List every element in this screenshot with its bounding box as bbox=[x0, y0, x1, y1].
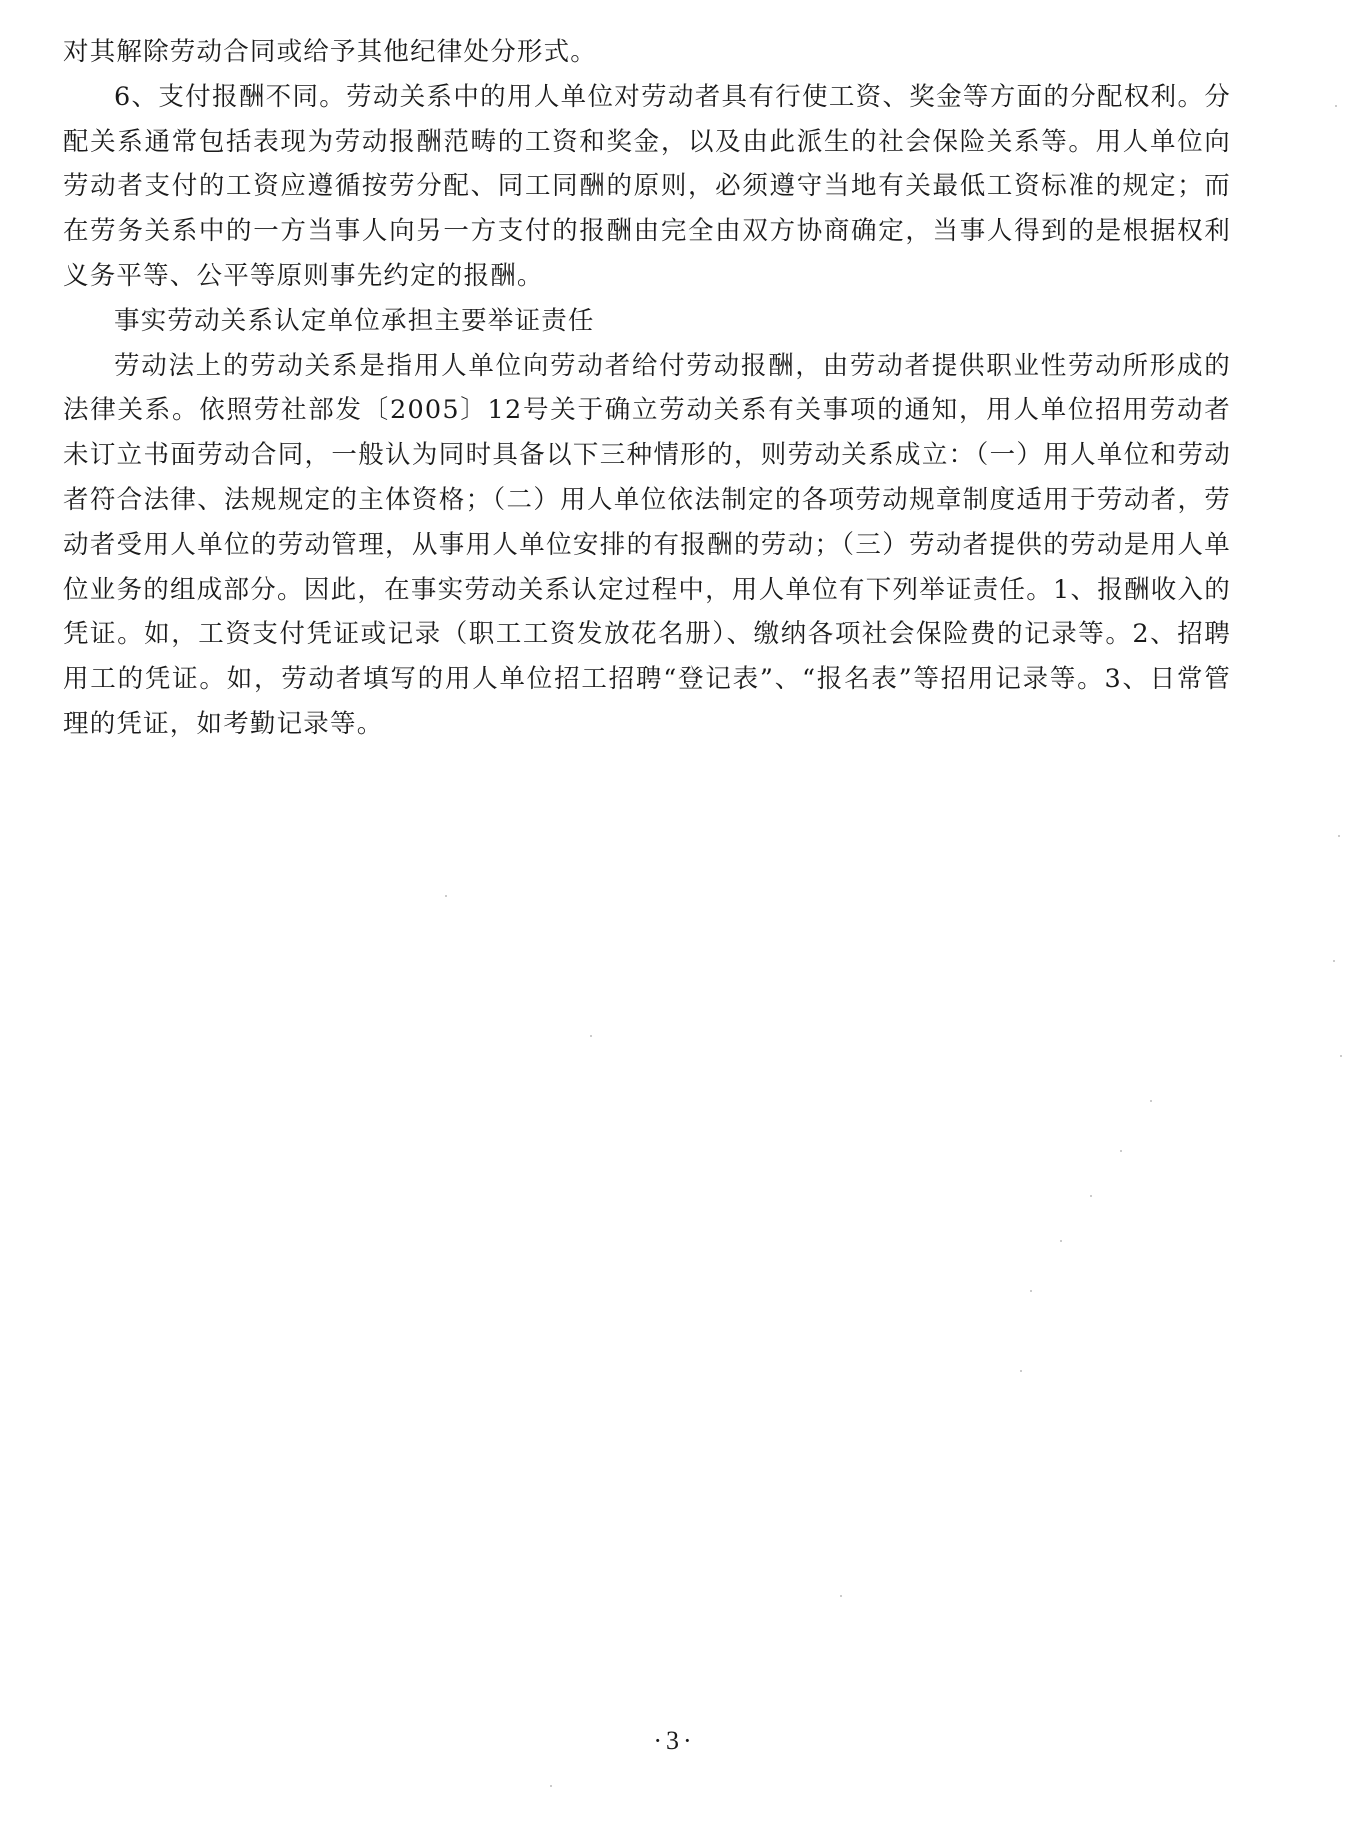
scan-speck bbox=[1335, 105, 1337, 107]
body-text: 对其解除劳动合同或给予其他纪律处分形式。 6、支付报酬不同。劳动关系中的用人单位… bbox=[63, 30, 1231, 747]
scan-speck bbox=[1060, 1240, 1062, 1242]
paragraph-continuation: 对其解除劳动合同或给予其他纪律处分形式。 bbox=[63, 30, 1231, 75]
scan-speck bbox=[1150, 1100, 1152, 1102]
scan-speck bbox=[590, 1035, 592, 1037]
paragraph-labor-relation: 劳动法上的劳动关系是指用人单位向劳动者给付劳动报酬，由劳动者提供职业性劳动所形成… bbox=[63, 344, 1231, 747]
scan-speck bbox=[1120, 1150, 1122, 1152]
scan-speck bbox=[1338, 835, 1340, 837]
scan-speck bbox=[840, 1595, 842, 1597]
scan-speck bbox=[1020, 1370, 1022, 1372]
scan-speck bbox=[1090, 1195, 1092, 1197]
document-page: 对其解除劳动合同或给予其他纪律处分形式。 6、支付报酬不同。劳动关系中的用人单位… bbox=[0, 0, 1349, 1841]
scan-speck bbox=[550, 1785, 552, 1787]
scan-speck bbox=[445, 895, 447, 897]
scan-speck bbox=[1333, 960, 1335, 962]
section-heading: 事实劳动关系认定单位承担主要举证责任 bbox=[63, 299, 1231, 344]
paragraph-payment-difference: 6、支付报酬不同。劳动关系中的用人单位对劳动者具有行使工资、奖金等方面的分配权利… bbox=[63, 75, 1231, 299]
scan-speck bbox=[1340, 1055, 1342, 1057]
scan-speck bbox=[1030, 1290, 1032, 1292]
page-number: ·3· bbox=[0, 1726, 1349, 1756]
